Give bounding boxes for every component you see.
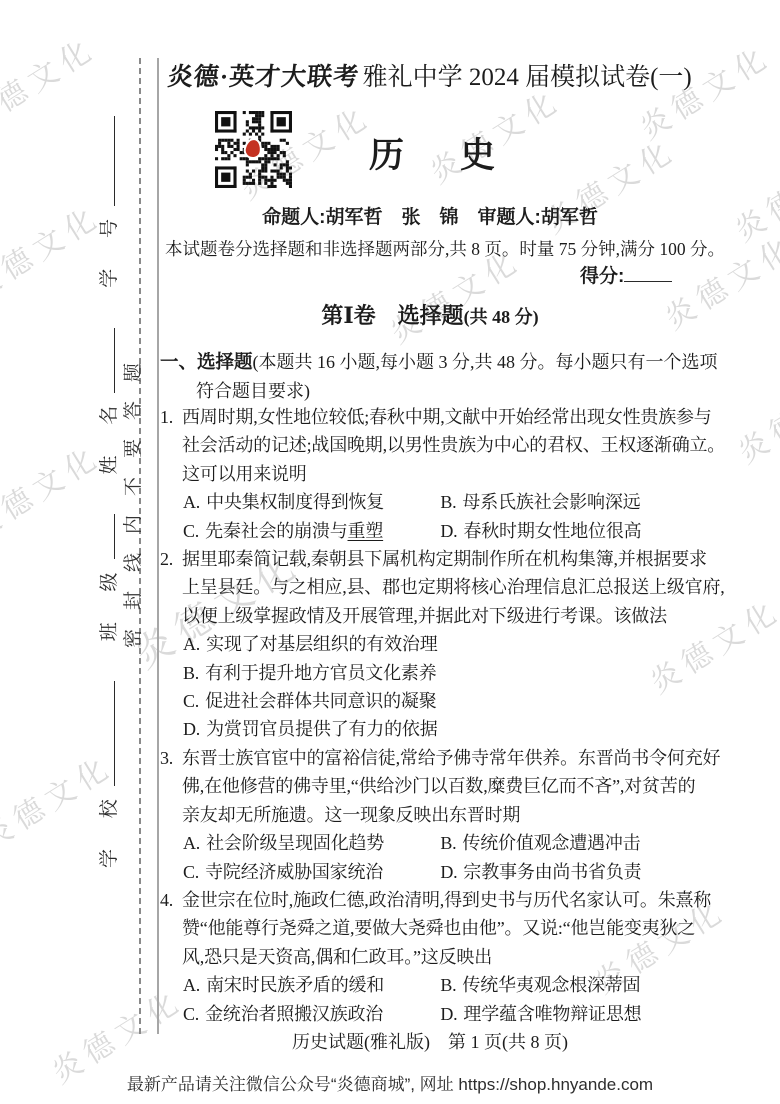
option-row: A.实现了对基层组织的有效治理 [160, 630, 700, 658]
watermark: 炎德文化 [0, 432, 108, 548]
stem-line: 东晋士族官宦中的富裕信徒,常给予佛寺常年供养。东晋尚书令何充好 [182, 748, 720, 768]
directive-text: (本题共 16 小题,每小题 3 分,共 48 分。每小题只有一个选项 [253, 352, 718, 372]
section-directive: 一、选择题(本题共 16 小题,每小题 3 分,共 48 分。每小题只有一个选项 [160, 348, 718, 374]
option-b: B.母系氏族社会影响深远 [440, 492, 640, 512]
field-name: 姓 名 [99, 328, 120, 475]
stem-line: 这可以用来说明 [160, 460, 700, 488]
question-3: 3.东晋士族官宦中的富裕信徒,常给予佛寺常年供养。东晋尚书令何充好 佛,在他修营… [160, 744, 700, 886]
stem-line: 风,恐只是天资高,偶和仁政耳。”这反映出 [160, 943, 700, 971]
option-c: C.寺院经济威胁国家统治 [183, 858, 436, 886]
setters-line: 命题人:胡军哲 张 锦 审题人:胡军哲 [160, 202, 700, 229]
stem-line: 赞“他能尊行尧舜之道,要做大尧舜也由他”。又说:“他岂能变夷狄之 [160, 914, 700, 942]
question-number: 2. [160, 545, 182, 573]
score-blank [624, 267, 672, 282]
option-c: C.促进社会群体共同意识的凝聚 [183, 691, 437, 711]
field-school: 学 校 [99, 681, 120, 868]
exam-title: 炎德·英才大联考雅礼中学 2024 届模拟试卷(一) [160, 57, 700, 93]
question-1: 1.西周时期,女性地位较低;春秋中期,文献中开始经常出现女性贵族参与 社会活动的… [160, 403, 700, 545]
score-label: 得分: [580, 266, 624, 287]
qr-code [215, 111, 292, 188]
option-row: C.寺院经济威胁国家统治 D.宗教事务由尚书省负责 [160, 858, 700, 886]
field-class: 班 级 [99, 514, 120, 641]
stem-line: 据里耶秦简记载,秦朝县下属机构定期制作所在机构集簿,并根据要求 [182, 549, 707, 569]
subject-title: 历史 [369, 128, 551, 178]
option-row: A.中央集权制度得到恢复 B.母系氏族社会影响深远 [160, 488, 700, 516]
stem-line: 金世宗在位时,施政仁德,政治清明,得到史书与历代名家认可。朱熹称 [182, 890, 711, 910]
field-school-blank [100, 681, 115, 786]
exam-title-rest: 雅礼中学 2024 届模拟试卷(一) [363, 64, 692, 91]
option-a: A.南宋时民族矛盾的缓和 [183, 971, 436, 999]
exam-series: 炎德·英才大联考 [167, 57, 361, 93]
question-number: 4. [160, 886, 182, 914]
margin-solid-line [157, 58, 159, 1034]
option-d: D.为赏罚官员提供了有力的依据 [183, 719, 438, 739]
option-b: B.有利于提升地方官员文化素养 [183, 663, 437, 683]
question-number: 1. [160, 403, 182, 431]
watermark: 炎德文化 [0, 24, 103, 140]
option-b: B.传统价值观念遭遇冲击 [440, 833, 640, 853]
option-d: D.春秋时期女性地位很高 [440, 521, 641, 541]
student-info-fields: 学 校班 级姓 名学 号 [94, 116, 121, 868]
volume-name: 第Ⅰ卷 选择题 [321, 303, 463, 328]
directive-heading: 一、选择题 [160, 351, 253, 372]
volume-points: (共 48 分) [464, 307, 539, 327]
exam-paper-page: 炎德文化 炎德文化 炎德文化 炎德文化 炎德文化 炎德文化 炎德文化 炎德文化 … [0, 0, 780, 1104]
option-b: B.传统华夷观念根深蒂固 [440, 975, 640, 995]
stem-line: 社会活动的记述;战国晚期,以男性贵族为中心的君权、王权逐渐确立。 [160, 431, 700, 459]
score-field: 得分: [580, 261, 672, 288]
option-row: A.社会阶级呈现固化趋势 B.传统价值观念遭遇冲击 [160, 829, 700, 857]
option-a: A.中央集权制度得到恢复 [183, 488, 436, 516]
option-d: D.宗教事务由尚书省负责 [440, 862, 641, 882]
field-class-blank [100, 514, 115, 559]
field-student-id-blank [100, 116, 115, 206]
option-c: C.先秦社会的崩溃与重塑 [183, 517, 436, 545]
option-d: D.理学蕴含唯物辩证思想 [440, 1004, 641, 1024]
field-name-label: 姓 名 [99, 393, 120, 475]
page-number-label: 历史试题(雅礼版) 第 1 页(共 8 页) [160, 1028, 700, 1054]
field-student-id-label: 学 号 [99, 206, 120, 288]
option-a: A.实现了对基层组织的有效治理 [183, 634, 438, 654]
watermark: 炎德文化 [0, 192, 108, 308]
paper-info-line: 本试题卷分选择题和非选择题两部分,共 8 页。时量 75 分钟,满分 100 分… [165, 236, 725, 261]
stem-line: 西周时期,女性地位较低;春秋中期,文献中开始经常出现女性贵族参与 [182, 407, 712, 427]
option-row: C.先秦社会的崩溃与重塑 D.春秋时期女性地位很高 [160, 517, 700, 545]
seal-warning-text: 密封线内不要答题 [118, 344, 145, 648]
option-row: C.促进社会群体共同意识的凝聚 [160, 687, 700, 715]
option-row: D.为赏罚官员提供了有力的依据 [160, 715, 700, 743]
stem-line: 佛,在他修营的佛寺里,“供给沙门以百数,糜费巨亿而不吝”,对贫苦的 [160, 772, 700, 800]
question-number: 3. [160, 744, 182, 772]
stem-line: 亲友却无所施遗。这一现象反映出东晋时期 [160, 801, 700, 829]
field-name-blank [100, 328, 115, 393]
field-student-id: 学 号 [99, 116, 120, 288]
volume-title: 第Ⅰ卷 选择题(共 48 分) [160, 299, 700, 330]
option-row: A.南宋时民族矛盾的缓和 B.传统华夷观念根深蒂固 [160, 971, 700, 999]
stem-line: 上呈县廷。与之相应,县、郡也定期将核心治理信息汇总报送上级官府, [160, 573, 700, 601]
promo-footer: 最新产品请关注微信公众号“炎德商城”, 网址 https://shop.hnya… [0, 1070, 780, 1095]
option-c: C.金统治者照搬汉族政治 [183, 1000, 436, 1028]
option-row: B.有利于提升地方官员文化素养 [160, 659, 700, 687]
stem-line: 以便上级掌握政情及开展管理,并据此对下级进行考课。该做法 [160, 602, 700, 630]
field-school-label: 学 校 [99, 786, 120, 868]
field-class-label: 班 级 [99, 559, 120, 641]
question-2: 2.据里耶秦简记载,秦朝县下属机构定期制作所在机构集簿,并根据要求 上呈县廷。与… [160, 545, 700, 744]
watermark: 炎德文化 [728, 356, 780, 472]
question-4: 4.金世宗在位时,施政仁德,政治清明,得到史书与历代名家认可。朱熹称 赞“他能尊… [160, 886, 700, 1028]
question-list: 1.西周时期,女性地位较低;春秋中期,文献中开始经常出现女性贵族参与 社会活动的… [160, 403, 700, 1028]
option-a: A.社会阶级呈现固化趋势 [183, 829, 436, 857]
option-row: C.金统治者照搬汉族政治 D.理学蕴含唯物辩证思想 [160, 1000, 700, 1028]
section-directive-line2: 符合题目要求) [196, 377, 310, 403]
